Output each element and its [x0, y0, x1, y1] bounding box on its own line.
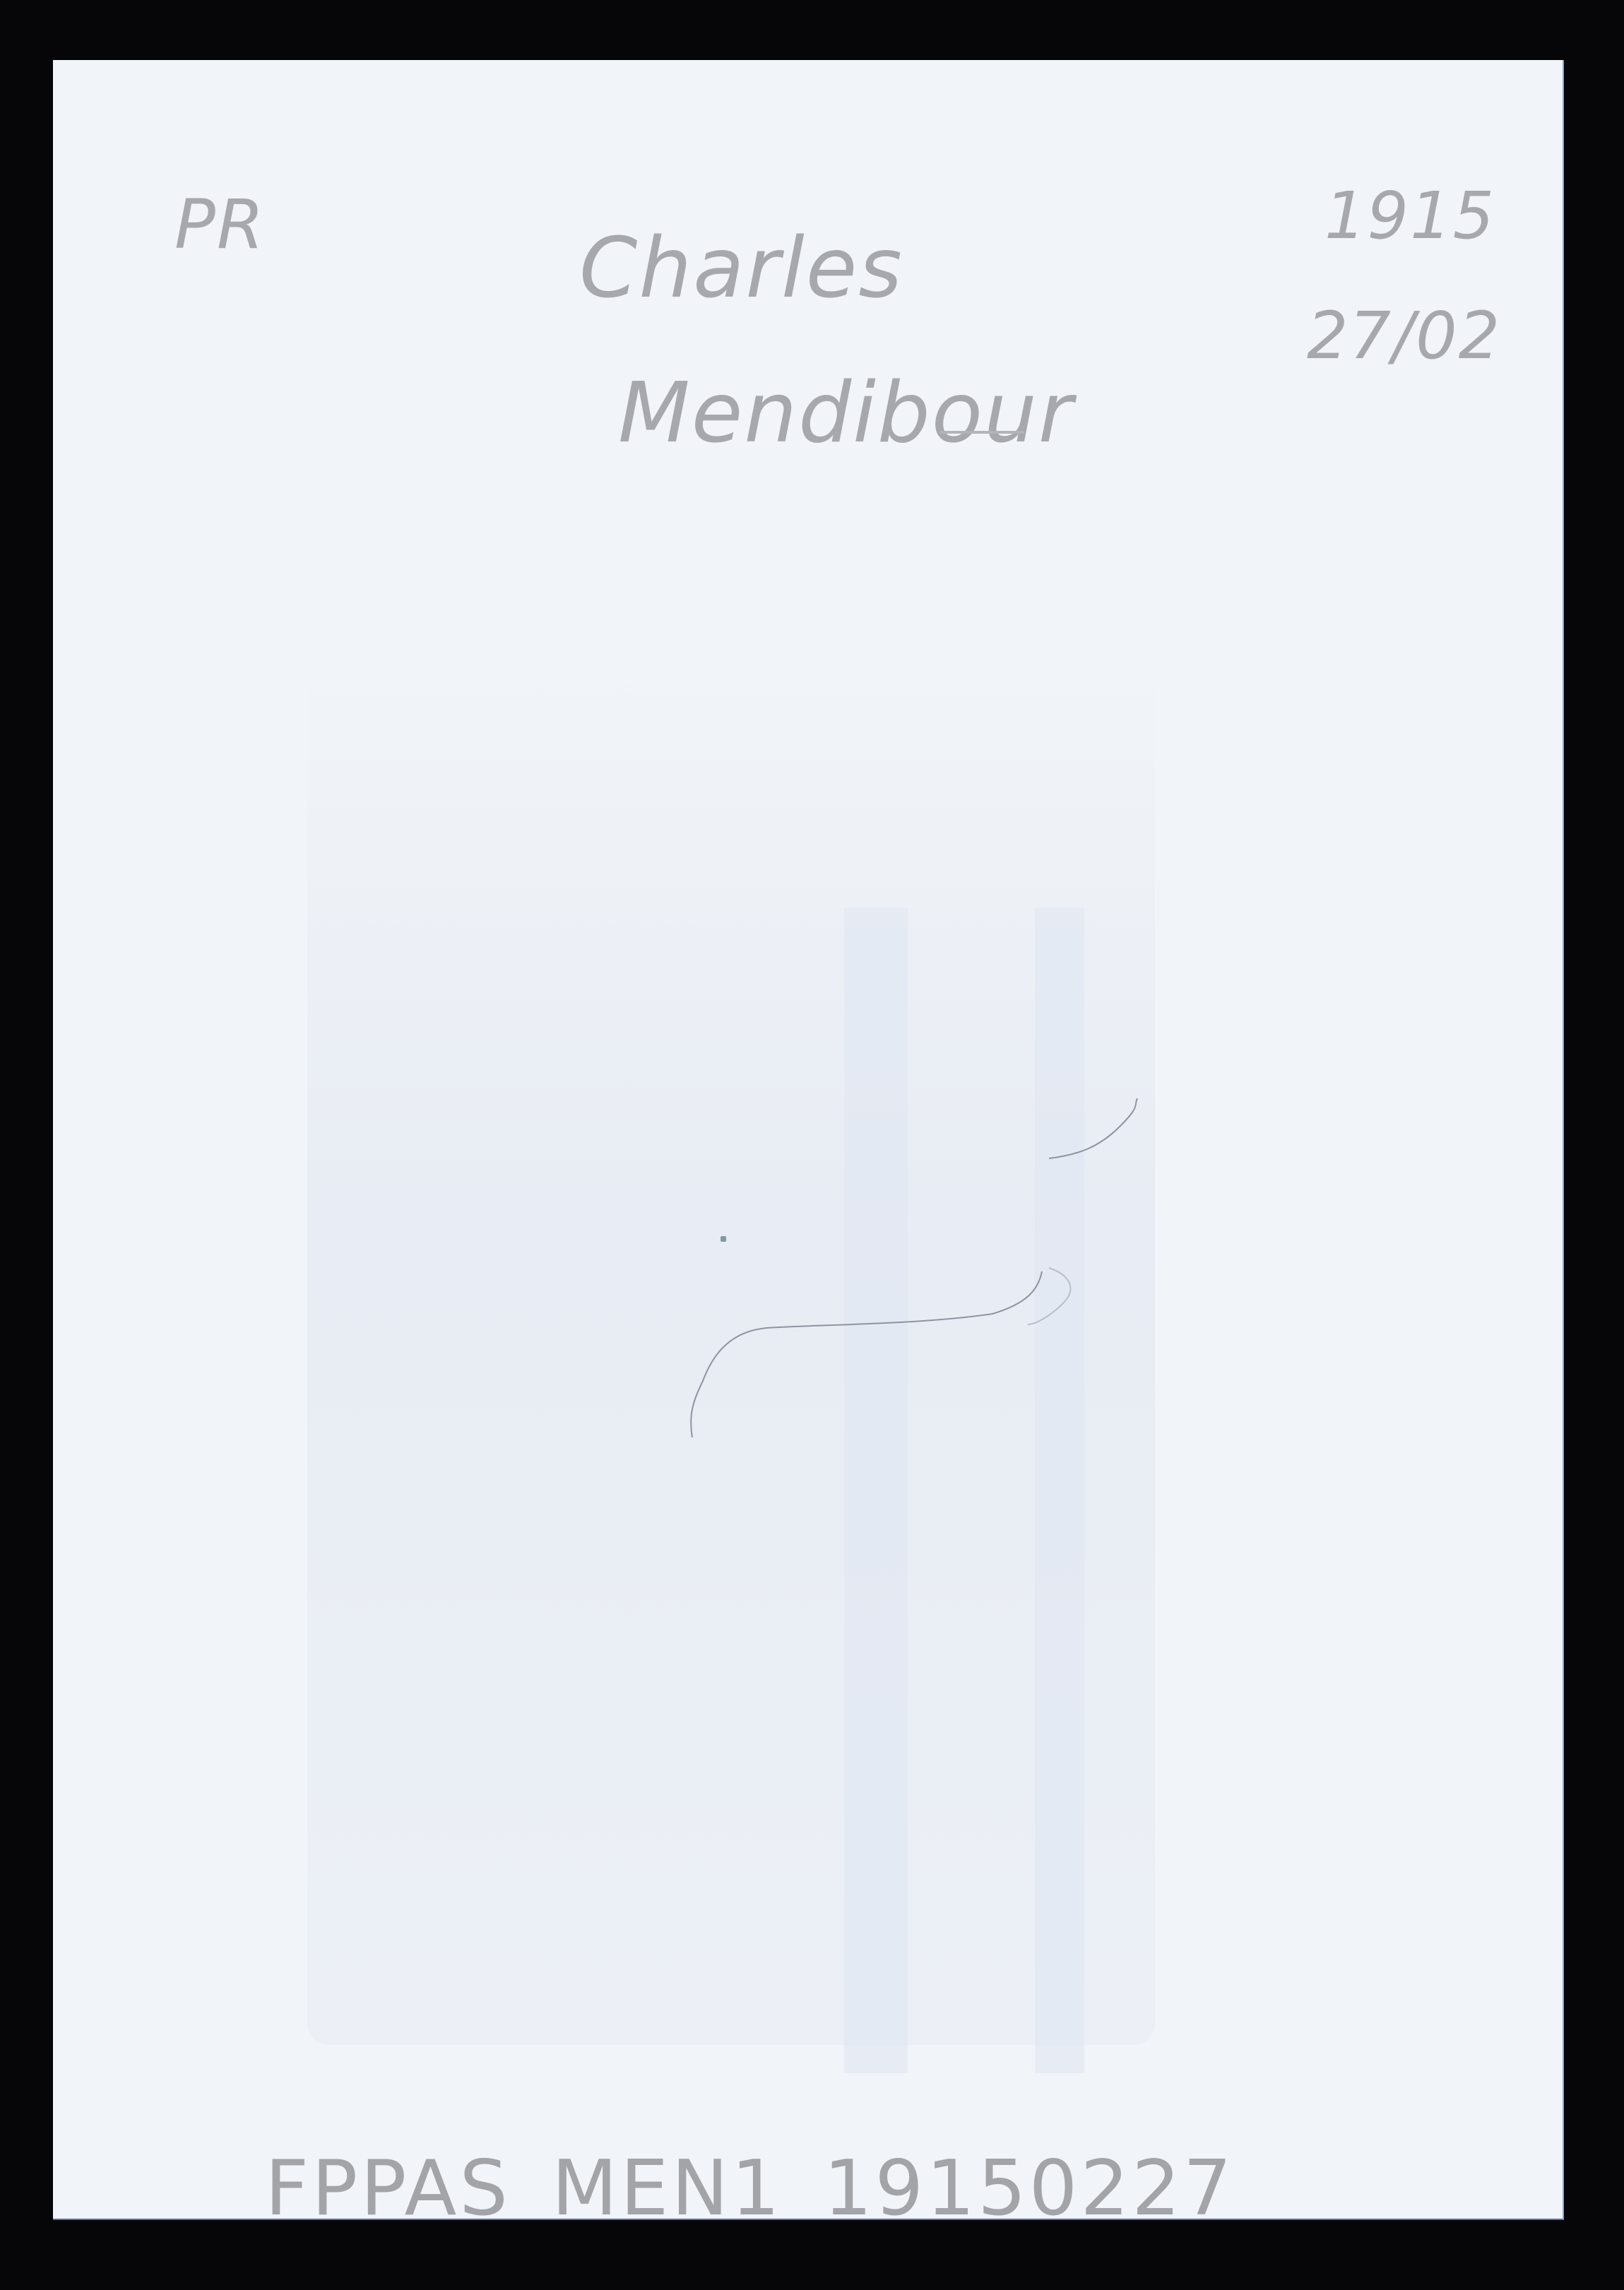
reference-code-annotation: FPPAS_MEN1_19150227	[265, 2151, 1235, 2220]
stray-pencil-lines	[53, 60, 1564, 2220]
scan-background: PR Charles Mendibour 1915 27/02 FPPAS_ME…	[0, 0, 1624, 2290]
ink-speck	[721, 1236, 726, 1242]
paper-sheet: PR Charles Mendibour 1915 27/02 FPPAS_ME…	[53, 60, 1564, 2220]
